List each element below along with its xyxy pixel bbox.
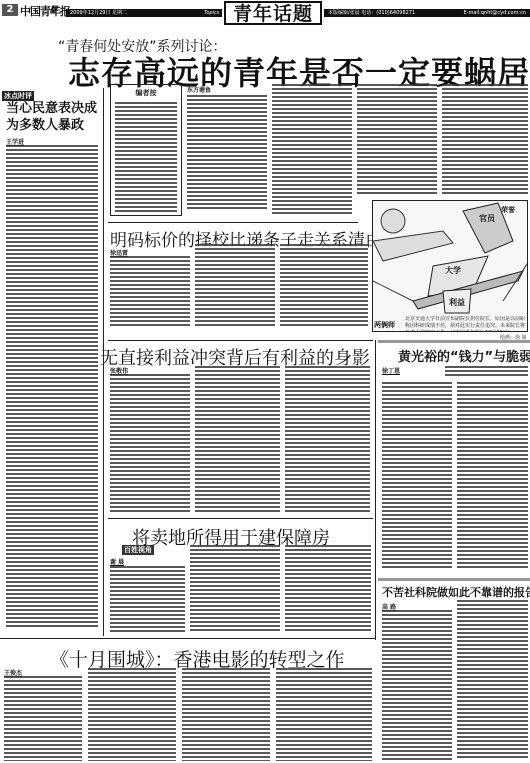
article-body: [457, 600, 528, 760]
article-body: [280, 244, 368, 326]
article-body: [190, 545, 280, 632]
issue-date: 2009年12月29日 星期二: [70, 9, 127, 17]
article-tag: 百姓视角: [122, 545, 154, 555]
article-headline: 黄光裕的“钱力”与脆弱的权力: [398, 346, 530, 365]
lead-bottom-rule: [108, 222, 358, 223]
contact-email[interactable]: E-mail:qnht@cyd.com.cn: [464, 9, 527, 17]
column-title: 青年话题: [224, 1, 322, 25]
article-body: [382, 610, 452, 760]
editors-note-box: 编者按: [110, 84, 182, 216]
editors-note-title: 编者按: [111, 88, 181, 98]
editors-note-body: [115, 102, 177, 214]
article-body: [88, 668, 176, 761]
left-column-headline: 当心民意表决成为多数人暴政: [6, 100, 102, 134]
section-rule: [108, 340, 373, 341]
cartoon-side-label: 两俩师: [374, 320, 395, 330]
article-body: [110, 566, 185, 632]
editorial-cartoon: 官员 大学 利益 荣誉: [372, 200, 528, 332]
cartoon-label: 利益: [449, 297, 465, 308]
decorative-slashes: /////: [50, 5, 56, 15]
article-body: [195, 244, 275, 326]
lead-col2-body: [187, 95, 267, 211]
article-body: [276, 668, 372, 761]
editor-info: 本版编辑/张晨 电话：(010)64098271: [328, 9, 415, 17]
article-body: [4, 676, 82, 761]
date-bar: 2009年12月29日 星期二 Topics: [66, 9, 222, 17]
left-column-body: [6, 145, 98, 627]
article-body: [110, 256, 190, 326]
article-intro: [445, 366, 528, 378]
section-rule: [108, 518, 373, 519]
newspaper-logo: 中国青年报: [20, 3, 70, 19]
lead-col3-body: [272, 84, 352, 214]
article-body: [285, 366, 370, 514]
section-rule: [378, 340, 530, 343]
cartoon-label: 大学: [445, 265, 461, 276]
article-body: [382, 382, 452, 568]
page-number: 2: [2, 4, 18, 16]
column-rule: [375, 340, 376, 640]
article-body: [110, 374, 190, 514]
lead-col4-body: [357, 84, 437, 196]
article-author: 徐丁恩: [382, 366, 400, 375]
lead-col5-body: [442, 84, 528, 196]
topics-label: Topics: [204, 9, 219, 17]
section-rule: [378, 578, 530, 581]
article-body: [182, 668, 270, 761]
article-headline: 不苦社科院做如此不靠谱的报告: [382, 584, 530, 600]
cartoon-caption: 北京交通大学日前宣布副院长担任院长，原因是以前职称因科研成绩不佳，须对此实行责任…: [405, 316, 527, 332]
article-body: [195, 366, 280, 514]
cartoon-label: 官员: [479, 213, 495, 224]
cartoon-label: 荣誉: [501, 205, 515, 215]
article-body: [457, 382, 528, 568]
col2-byline: 东方塘鱼: [187, 85, 211, 94]
section-rule: [0, 638, 375, 639]
article-author: 谢 晨: [110, 557, 124, 566]
article-body: [285, 545, 371, 632]
editor-bar: 本版编辑/张晨 电话：(010)64098271 E-mail:qnht@cyd…: [324, 9, 530, 17]
